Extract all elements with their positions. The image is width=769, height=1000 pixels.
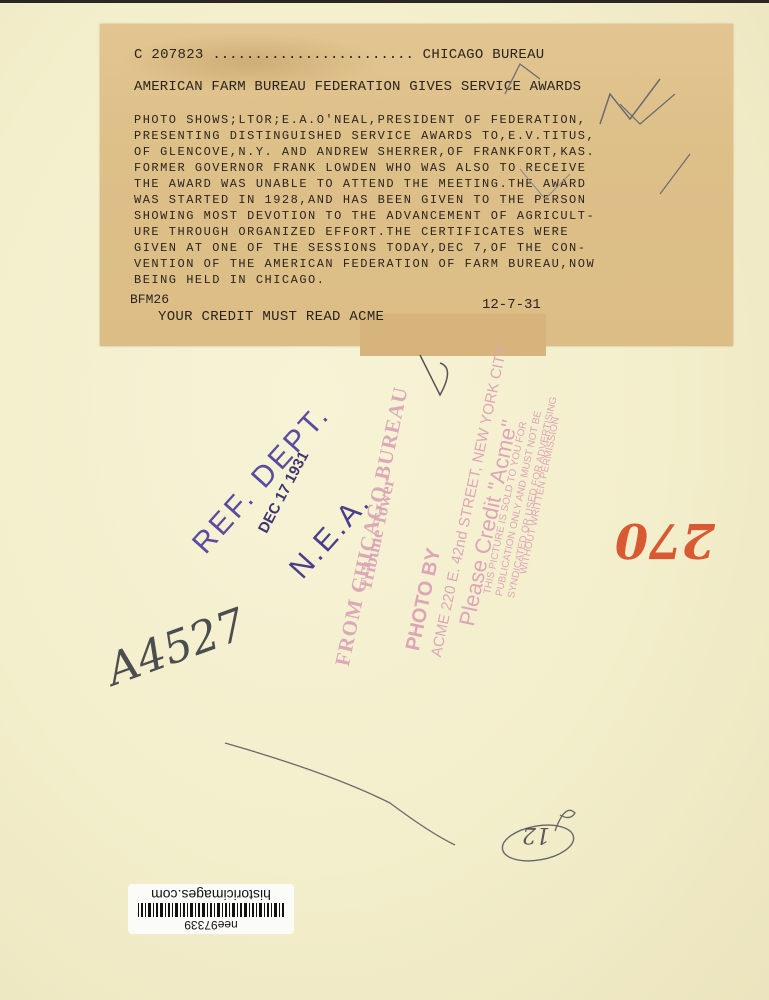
pencil-stroke (225, 743, 455, 845)
pencil-marks (0, 3, 769, 1000)
handwritten-circled-number: 12 (522, 822, 550, 847)
barcode-label: nee97339 historicimages.com (128, 884, 294, 934)
barcode-site: historicimages.com (151, 887, 271, 902)
pencil-checkmark (420, 355, 448, 395)
photo-back: C 207823 ........................ CHICAG… (0, 3, 769, 1000)
barcode-id: nee97339 (184, 918, 237, 931)
barcode-icon (138, 903, 284, 917)
